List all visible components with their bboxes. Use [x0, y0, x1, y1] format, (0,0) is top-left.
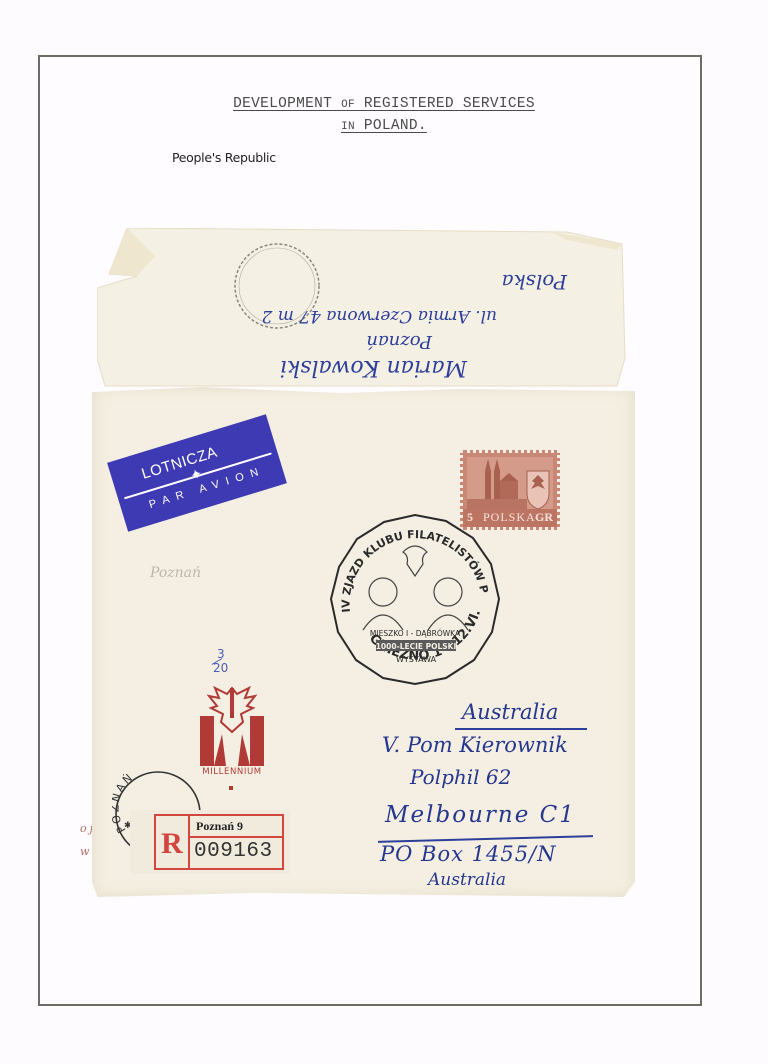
fraction-denominator: 20	[213, 662, 228, 675]
recipient-line: Polphil 62	[410, 765, 511, 789]
title-part: DEVELOPMENT	[233, 96, 341, 112]
registration-letter: R	[156, 816, 190, 868]
postmark-banner: 1000-LECIE POLSKI	[376, 642, 457, 651]
page-title-line-2: IN POLAND.	[0, 118, 768, 134]
recipient-line: Melbourne C1	[385, 802, 576, 828]
millennium-label: MILLENNIUM	[192, 767, 272, 777]
registration-label: R Poznań 9 009163	[130, 810, 290, 874]
svg-text:IV ZJAZD KLUBU FILATELISTÓW PO: IV ZJAZD KLUBU FILATELISTÓW POLONICA	[328, 512, 491, 613]
millennium-dot	[229, 786, 233, 790]
registration-number: 009163	[194, 840, 273, 863]
title-part: OF	[341, 99, 355, 111]
title-part: POLAND.	[355, 118, 427, 134]
millennium-logo: MILLENNIUM	[196, 682, 268, 792]
recipient-line: PO Box 1455/N	[380, 842, 557, 866]
sender-line: Polska	[502, 270, 567, 294]
registration-office: Poznań 9	[196, 819, 243, 834]
sender-line: ul. Armia Czerwona 47 m 2	[262, 306, 498, 326]
stamp-currency: GR	[535, 510, 553, 525]
star-icon: ✦	[188, 465, 204, 485]
title-part: IN	[341, 121, 355, 133]
heading-underline	[455, 728, 587, 730]
recipient-country-heading: Australia	[462, 700, 558, 724]
fraction-note: 3 20	[213, 648, 228, 675]
postmark-outer-text: IV ZJAZD KLUBU FILATELISTÓW POLONICA	[328, 512, 491, 613]
recipient-line: V. Pom Kierownik	[382, 733, 568, 757]
page-subtitle: People's Republic	[172, 150, 276, 165]
postmark-names: MIESZKO I - DĄBRÓWKA	[370, 629, 461, 638]
envelope-back-flap: Marian Kowalski Poznań ul. Armia Czerwon…	[97, 228, 627, 388]
registration-divider	[188, 836, 282, 838]
sender-line: Marian Kowalski	[280, 355, 467, 380]
sender-line: Poznań	[366, 331, 432, 352]
postmark-event: WYSTAWA	[396, 655, 437, 664]
title-part: REGISTERED SERVICES	[355, 96, 535, 112]
pencil-note: Poznań	[150, 565, 201, 581]
registration-label-frame: R Poznań 9 009163	[154, 814, 284, 870]
commemorative-postmark: IV ZJAZD KLUBU FILATELISTÓW POLONICA GNI…	[328, 512, 503, 687]
page-title-line-1: DEVELOPMENT OF REGISTERED SERVICES	[0, 96, 768, 112]
recipient-line: Australia	[428, 870, 506, 890]
sender-address: Marian Kowalski Poznań ul. Armia Czerwon…	[97, 228, 627, 388]
stamp-cathedral-image	[467, 457, 553, 511]
airmail-label-polish: LOTNICZA	[140, 444, 220, 483]
eagle-icon	[196, 682, 268, 767]
